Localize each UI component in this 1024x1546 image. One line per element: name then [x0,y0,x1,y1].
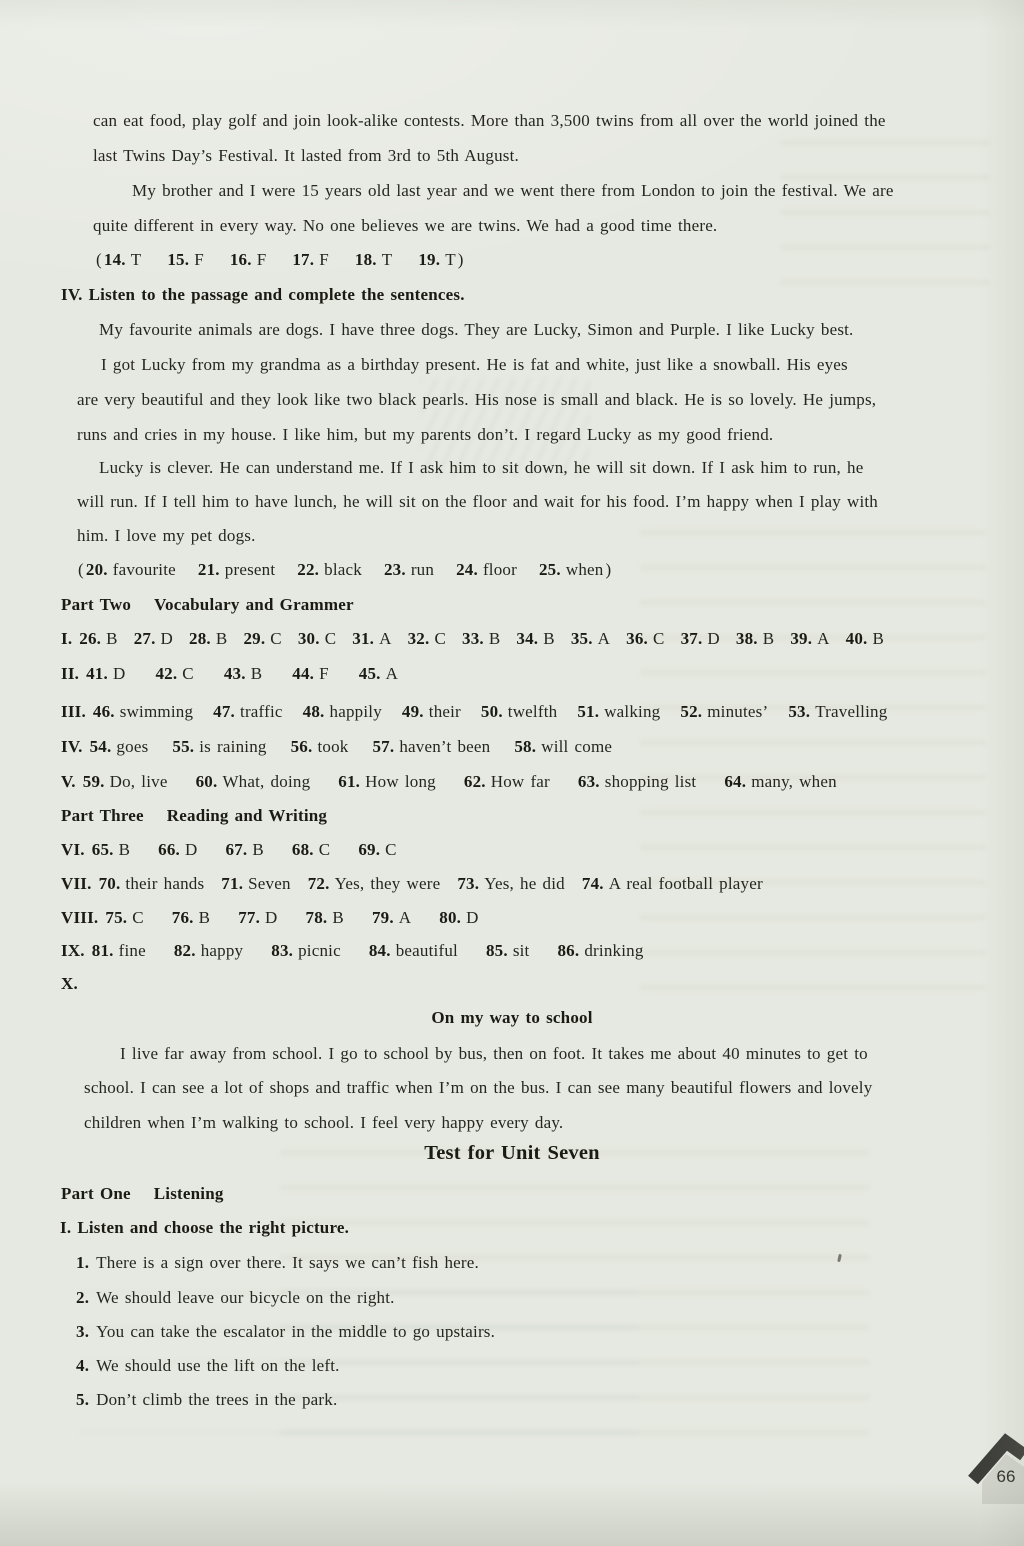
answer-items: 75.C76.B77.D78.B79.A80.D [105,906,478,930]
answer-item: 55.is raining [172,735,266,759]
answer-item: 30.C [298,627,336,651]
answer-line: III.46.swimming47.traffic48.happily49.th… [61,700,887,724]
blank-answers: (20.favourite21.present22.black23.run24.… [78,558,611,582]
answer-item: 78.B [306,906,344,930]
answer-item: 27.D [134,627,173,651]
answer-item: 58.will come [514,735,612,759]
answer-item: 46.swimming [93,700,193,724]
answer-item: 16.F [230,248,267,272]
answer-item: 83.picnic [271,939,341,963]
answer-item: 76.B [172,906,210,930]
answer-item: 39.A [790,627,829,651]
answer-item: 67.B [226,838,264,862]
answer-item: 68.C [292,838,330,862]
answer-items: 20.favourite21.present22.black23.run24.f… [86,558,604,582]
passage-line: My brother and I were 15 years old last … [132,179,894,203]
item-text: There is a sign over there. It says we c… [96,1253,479,1272]
answer-item: 34.B [516,627,554,651]
answer-item: 42.C [155,662,193,686]
passage-line: Lucky is clever. He can understand me. I… [99,456,863,480]
listening-item: 4.We should use the lift on the left. [76,1354,340,1378]
answer-item: 48.happily [303,700,382,724]
answer-item: 38.B [736,627,774,651]
answer-items: 46.swimming47.traffic48.happily49.their5… [93,700,888,724]
item-number: 2. [76,1288,89,1307]
open-paren: ( [96,250,102,269]
answer-items: 54.goes55.is raining56.took57.haven’t be… [90,735,613,759]
listening-section-heading: I. Listen and choose the right picture. [60,1216,349,1240]
answer-item: 15.F [167,248,204,272]
answer-item: 33.B [462,627,500,651]
answer-item: 28.B [189,627,227,651]
passage-line: I got Lucky from my grandma as a birthda… [101,353,848,377]
answer-item: 52.minutes’ [680,700,768,724]
answer-item: 72.Yes, they were [308,872,441,896]
answer-item: 73.Yes, he did [457,872,565,896]
part-two-heading: Part TwoVocabulary and Grammer [61,593,354,617]
answer-item: 40.B [846,627,884,651]
page-number: 66 [997,1467,1016,1486]
answer-item: 49.their [402,700,461,724]
passage-line: My favourite animals are dogs. I have th… [99,318,854,342]
answer-item: 74.A real football player [582,872,763,896]
answer-item: 82.happy [174,939,243,963]
answer-line: X. [61,972,85,996]
answer-item: 85.sit [486,939,530,963]
roman-numeral: V. [61,772,76,791]
answer-item: 70.their hands [99,872,205,896]
answer-items: 59.Do, live60.What, doing61.How long62.H… [83,770,837,794]
answer-line: I.26.B27.D28.B29.C30.C31.A32.C33.B34.B35… [61,627,884,651]
answer-item: 50.twelfth [481,700,557,724]
listening-item: 2.We should leave our bicycle on the rig… [76,1286,395,1310]
passage-line: will run. If I tell him to have lunch, h… [77,490,878,514]
answer-item: 64.many, when [724,770,836,794]
item-number: 1. [76,1253,89,1272]
answer-item: 80.D [439,906,478,930]
composition-title: On my way to school [0,1006,1024,1030]
item-text: We should leave our bicycle on the right… [96,1288,394,1307]
answer-item: 47.traffic [213,700,282,724]
answer-item: 65.B [92,838,130,862]
answer-line: V.59.Do, live60.What, doing61.How long62… [61,770,837,794]
answer-items: 14.T15.F16.F17.F18.T19.T [104,248,456,272]
answer-line: VII.70.their hands71.Seven72.Yes, they w… [61,872,763,896]
passage-line: are very beautiful and they look like tw… [77,388,876,412]
answer-item: 36.C [626,627,664,651]
answer-item: 71.Seven [221,872,290,896]
answer-item: 59.Do, live [83,770,168,794]
part-label: Part Two [61,595,131,614]
part-title: Reading and Writing [167,806,327,825]
answer-items: 65.B66.D67.B68.C69.C [92,838,397,862]
answer-item: 69.C [358,838,396,862]
answer-item: 61.How long [338,770,436,794]
answer-item: 21.present [198,558,275,582]
answer-item: 35.A [571,627,610,651]
page-number-tab: 66 [954,1422,1024,1517]
answer-items: 70.their hands71.Seven72.Yes, they were7… [99,872,763,896]
answer-line: IX.81.fine82.happy83.picnic84.beautiful8… [61,939,644,963]
answer-item: 22.black [297,558,362,582]
part-label: Part One [61,1184,131,1203]
answer-item: 56.took [291,735,349,759]
answer-item: 45.A [359,662,398,686]
answer-line: II.41.D42.C43.B44.F45.A [61,662,398,686]
answer-item: 25.when [539,558,603,582]
answer-item: 19.T [418,248,455,272]
answer-items: 41.D42.C43.B44.F45.A [86,662,398,686]
composition-line: I live far away from school. I go to sch… [120,1042,868,1066]
answer-item: 43.B [224,662,262,686]
part-title: Listening [154,1184,224,1203]
answer-line: VI.65.B66.D67.B68.C69.C [61,838,397,862]
answer-item: 24.floor [456,558,517,582]
answer-line: IV.54.goes55.is raining56.took57.haven’t… [61,735,612,759]
passage-line: him. I love my pet dogs. [77,524,256,548]
passage-line: quite different in every way. No one bel… [93,214,717,238]
part-title: Vocabulary and Grammer [154,595,354,614]
item-number: 3. [76,1322,89,1341]
roman-numeral: II. [61,664,79,683]
answer-item: 41.D [86,662,125,686]
answer-item: 81.fine [92,939,146,963]
roman-numeral: IV. [61,737,83,756]
answer-item: 20.favourite [86,558,176,582]
roman-numeral: VIII. [61,908,98,927]
answer-items: 26.B27.D28.B29.C30.C31.A32.C33.B34.B35.A… [79,627,884,651]
answer-item: 51.walking [577,700,660,724]
answer-item: 23.run [384,558,434,582]
scanned-answer-page: can eat food, play golf and join look-al… [0,0,1024,1546]
answer-item: 31.A [352,627,391,651]
answer-item: 77.D [238,906,277,930]
roman-numeral: VI. [61,840,85,859]
answer-items: 81.fine82.happy83.picnic84.beautiful85.s… [92,939,644,963]
answer-line: VIII.75.C76.B77.D78.B79.A80.D [61,906,479,930]
roman-numeral: X. [61,974,78,993]
answer-item: 66.D [158,838,197,862]
part-label: Part Three [61,806,144,825]
answer-item: 63.shopping list [578,770,696,794]
answer-item: 62.How far [464,770,550,794]
answer-item: 60.What, doing [196,770,311,794]
true-false-answers: (14.T15.F16.F17.F18.T19.T) [96,248,464,272]
roman-numeral: VII. [61,874,92,893]
item-number: 5. [76,1390,89,1409]
item-text: Don’t climb the trees in the park. [96,1390,337,1409]
passage-line: last Twins Day’s Festival. It lasted fro… [93,144,519,168]
close-paren: ) [458,250,464,269]
answer-item: 86.drinking [557,939,643,963]
part-one-heading: Part OneListening [61,1182,224,1206]
answer-item: 37.D [681,627,720,651]
part-three-heading: Part ThreeReading and Writing [61,804,327,828]
passage-line: runs and cries in my house. I like him, … [77,423,773,447]
answer-item: 14.T [104,248,141,272]
bleed-through-ghost [780,140,990,315]
section-iv-heading: IV. Listen to the passage and complete t… [61,283,465,307]
roman-numeral: IX. [61,941,85,960]
answer-item: 17.F [292,248,329,272]
answer-item: 84.beautiful [369,939,458,963]
item-text: We should use the lift on the left. [96,1356,339,1375]
answer-item: 75.C [105,906,143,930]
answer-item: 26.B [79,627,117,651]
listening-item: 1.There is a sign over there. It says we… [76,1251,479,1275]
open-paren: ( [78,560,84,579]
item-number: 4. [76,1356,89,1375]
roman-numeral: III. [61,702,86,721]
listening-item: 5.Don’t climb the trees in the park. [76,1388,337,1412]
listening-item: 3.You can take the escalator in the midd… [76,1320,495,1344]
answer-item: 32.C [408,627,446,651]
passage-line: can eat food, play golf and join look-al… [93,109,886,133]
answer-item: 79.A [372,906,411,930]
unit-test-title: Test for Unit Seven [0,1141,1024,1165]
composition-line: school. I can see a lot of shops and tra… [84,1076,872,1100]
composition-line: children when I’m walking to school. I f… [84,1111,563,1135]
answer-item: 53.Travelling [788,700,887,724]
answer-item: 18.T [355,248,392,272]
answer-item: 44.F [292,662,329,686]
roman-numeral: I. [61,629,72,648]
answer-item: 29.C [243,627,281,651]
answer-item: 57.haven’t been [372,735,490,759]
item-text: You can take the escalator in the middle… [96,1322,495,1341]
ink-speck [837,1254,842,1262]
answer-item: 54.goes [90,735,149,759]
close-paren: ) [605,560,611,579]
